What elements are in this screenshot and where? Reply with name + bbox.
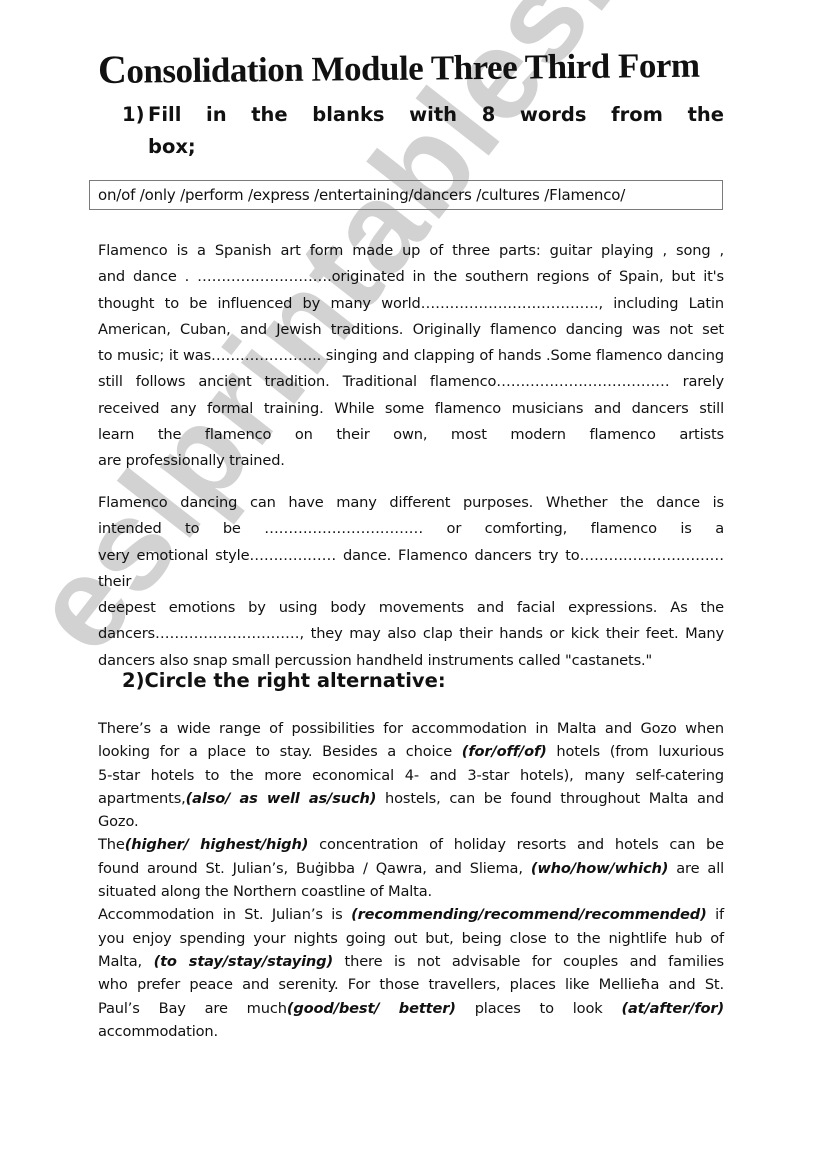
text-segment: are all xyxy=(668,860,724,877)
text-segment: found around St. Julian’s, Buġibba / Qaw… xyxy=(98,860,531,877)
title-text: onsolidation Module Three Third Form xyxy=(126,46,700,91)
flamenco-paragraph-2: Flamenco dancing can have many different… xyxy=(98,490,724,674)
text-line: to music; it was………………….. singing and cl… xyxy=(98,343,724,369)
text-line: are professionally trained. xyxy=(98,448,724,474)
text-line: looking for a place to stay. Besides a c… xyxy=(98,740,724,763)
text-segment: The xyxy=(98,836,125,853)
text-line: found around St. Julian’s, Buġibba / Qaw… xyxy=(98,857,724,880)
text-line: The(higher/ highest/high) concentration … xyxy=(98,833,724,856)
answer-alternatives: (for/off/of) xyxy=(462,743,547,760)
text-segment: Accommodation in St. Julian’s is xyxy=(98,906,351,923)
exercise-1-instruction-line1: Fill in the blanks with 8 words from the xyxy=(148,99,724,131)
malta-accommodation-paragraph: There’s a wide range of possibilities fo… xyxy=(98,717,724,1043)
text-segment: if xyxy=(707,906,724,923)
text-line: There’s a wide range of possibilities fo… xyxy=(98,717,724,740)
text-line: accommodation. xyxy=(98,1020,724,1043)
exercise-1-number: 1) xyxy=(122,99,144,131)
exercise-2-heading: 2)Circle the right alternative: xyxy=(122,665,724,697)
text-line: thought to be influenced by many world……… xyxy=(98,291,724,317)
text-segment: looking for a place to stay. Besides a c… xyxy=(98,743,462,760)
page-title: Consolidation Module Three Third Form xyxy=(98,39,738,93)
text-line: Paul’s Bay are much(good/best/ better) p… xyxy=(98,997,724,1020)
answer-alternatives: (higher/ highest/high) xyxy=(125,836,309,853)
flamenco-paragraph-1: Flamenco is a Spanish art form made up o… xyxy=(98,238,724,475)
text-segment: who prefer peace and serenity. For those… xyxy=(98,976,724,993)
word-box: on/of /only /perform /express /entertain… xyxy=(89,180,723,210)
exercise-1-instruction-line2: box; xyxy=(148,131,724,163)
exercise-1-heading: 1) Fill in the blanks with 8 words from … xyxy=(122,99,724,163)
text-line: received any formal training. While some… xyxy=(98,396,724,422)
exercise-2-instruction: Circle the right alternative: xyxy=(144,669,445,692)
answer-alternatives: (to stay/stay/staying) xyxy=(154,953,333,970)
answer-alternatives: (recommending/recommend/recommended) xyxy=(351,906,707,923)
text-segment: you enjoy spending your nights going out… xyxy=(98,930,724,947)
answer-alternatives: (also/ as well as/such) xyxy=(186,790,377,807)
text-line: and dance . ……………………….originated in the … xyxy=(98,264,724,290)
text-segment: hostels, can be found throughout Malta a… xyxy=(376,790,724,807)
text-line: still follows ancient tradition. Traditi… xyxy=(98,369,724,395)
text-segment: situated along the Northern coastline of… xyxy=(98,883,432,900)
text-line: very emotional style……………… dance. Flamen… xyxy=(98,543,724,596)
text-segment: places to look xyxy=(456,1000,622,1017)
text-segment: accommodation. xyxy=(98,1023,218,1040)
text-segment: concentration of holiday resorts and hot… xyxy=(308,836,724,853)
text-line: situated along the Northern coastline of… xyxy=(98,880,724,903)
text-segment: apartments, xyxy=(98,790,186,807)
text-line: deepest emotions by using body movements… xyxy=(98,595,724,621)
text-segment: Gozo. xyxy=(98,813,138,830)
text-segment: There’s a wide range of possibilities fo… xyxy=(98,720,724,737)
text-segment: hotels (from luxurious xyxy=(547,743,724,760)
text-segment: there is not advisable for couples and f… xyxy=(333,953,724,970)
text-line: Accommodation in St. Julian’s is (recomm… xyxy=(98,903,724,926)
text-segment: Paul’s Bay are much xyxy=(98,1000,287,1017)
title-first-letter: C xyxy=(98,47,127,92)
exercise-2-number: 2) xyxy=(122,669,144,692)
answer-alternatives: (at/after/for) xyxy=(621,1000,724,1017)
text-segment: 5-star hotels to the more economical 4- … xyxy=(98,767,724,784)
text-line: Malta, (to stay/stay/staying) there is n… xyxy=(98,950,724,973)
text-line: you enjoy spending your nights going out… xyxy=(98,927,724,950)
text-line: American, Cuban, and Jewish traditions. … xyxy=(98,317,724,343)
text-line: Flamenco is a Spanish art form made up o… xyxy=(98,238,724,264)
answer-alternatives: (who/how/which) xyxy=(531,860,668,877)
text-line: intended to be …………………………… or comforting… xyxy=(98,516,724,542)
text-segment: Malta, xyxy=(98,953,154,970)
text-line: dancers…………………………, they may also clap th… xyxy=(98,621,724,647)
text-line: 5-star hotels to the more economical 4- … xyxy=(98,764,724,787)
worksheet-page: eslprintables.com Consolidation Module T… xyxy=(0,0,821,1161)
text-line: who prefer peace and serenity. For those… xyxy=(98,973,724,996)
text-line: learn the flamenco on their own, most mo… xyxy=(98,422,724,448)
text-line: Gozo. xyxy=(98,810,724,833)
answer-alternatives: (good/best/ better) xyxy=(287,1000,456,1017)
text-line: apartments,(also/ as well as/such) hoste… xyxy=(98,787,724,810)
text-line: Flamenco dancing can have many different… xyxy=(98,490,724,516)
